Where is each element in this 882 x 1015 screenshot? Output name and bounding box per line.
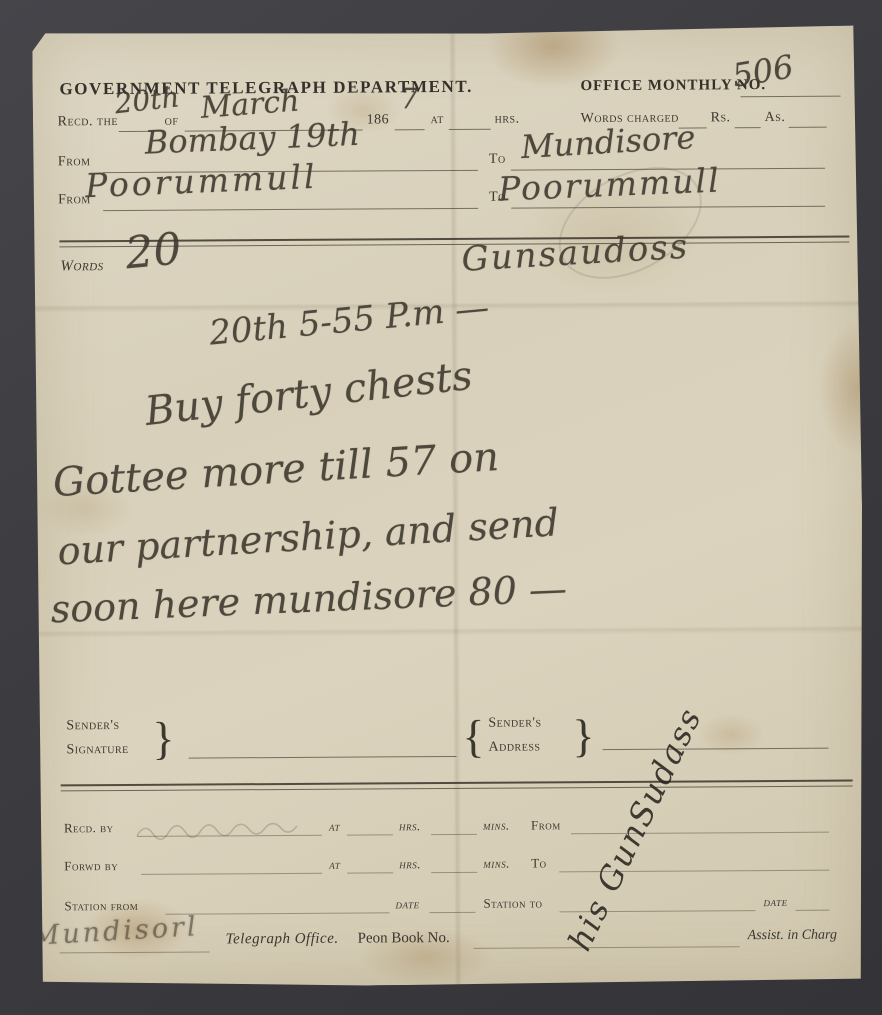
peon-book-label: Peon Book No.: [358, 930, 450, 948]
from-label-lower: From: [531, 817, 561, 833]
at-label-forwd: at: [329, 857, 340, 873]
mins-label-forwd: mins.: [483, 856, 510, 872]
words-count-handwritten: 20: [123, 223, 184, 279]
station-from-label: Station from: [64, 898, 138, 914]
message-line-5: soon here mundisore 80 —: [50, 566, 568, 631]
office-monthly-number: 506: [730, 47, 796, 94]
senders-label-left: Sender's: [66, 718, 119, 734]
signature-brace: }: [152, 712, 174, 765]
telegram-form-sheet: GOVERNMENT TELEGRAPH DEPARTMENT. OFFICE …: [32, 25, 865, 987]
telegraph-office-label: Telegraph Office.: [226, 931, 339, 949]
year-prefix: 186: [367, 112, 390, 128]
hrs-label-top: hrs.: [495, 112, 520, 128]
message-line-2: Buy forty chests: [143, 353, 475, 435]
mins-label-recd: mins.: [483, 818, 510, 834]
as-label: As.: [765, 110, 786, 126]
pencil-scrawl: [133, 809, 323, 844]
address-brace-open: {: [462, 710, 484, 763]
at-label-recd: at: [329, 819, 340, 835]
hrs-label-forwd: hrs.: [399, 856, 421, 872]
signature-label: Signature: [66, 742, 128, 758]
message-line-1: 20th 5-55 P.m —: [208, 288, 491, 354]
address-label: Address: [488, 739, 540, 755]
from-value-2: Poorummull: [84, 157, 318, 206]
assist-in-charge-label: Assist. in Charg: [748, 928, 837, 945]
at-label-top: at: [431, 112, 444, 128]
forwd-by-label: Forwd by: [64, 858, 118, 874]
message-line-3: Gottee more till 57 on: [52, 434, 500, 506]
date-label-left: date: [395, 896, 419, 912]
senders-label-right: Sender's: [488, 715, 541, 731]
words-label: Words: [60, 258, 103, 275]
recd-year-handwritten: 7: [400, 82, 418, 115]
clerk-scrawl-handwritten: Gunsaudoss: [460, 227, 690, 280]
date-label-right: date: [763, 894, 787, 910]
hrs-label-recd: hrs.: [399, 818, 421, 834]
station-to-label: Station to: [483, 895, 542, 911]
recd-by-label: Recd. by: [64, 820, 114, 836]
to-value-1: Mundisore: [520, 118, 697, 166]
pencil-note-handwritten: Mundisorl: [31, 911, 200, 952]
message-line-4: our partnership, and send: [56, 500, 560, 573]
to-label-lower: To: [531, 855, 547, 871]
recd-the-label: Recd. the: [58, 114, 118, 130]
to-label-1: To: [489, 152, 506, 168]
from-value-1: Bombay 19th: [144, 115, 361, 162]
rs-label: Rs.: [711, 110, 731, 126]
address-brace-close: }: [572, 709, 594, 762]
